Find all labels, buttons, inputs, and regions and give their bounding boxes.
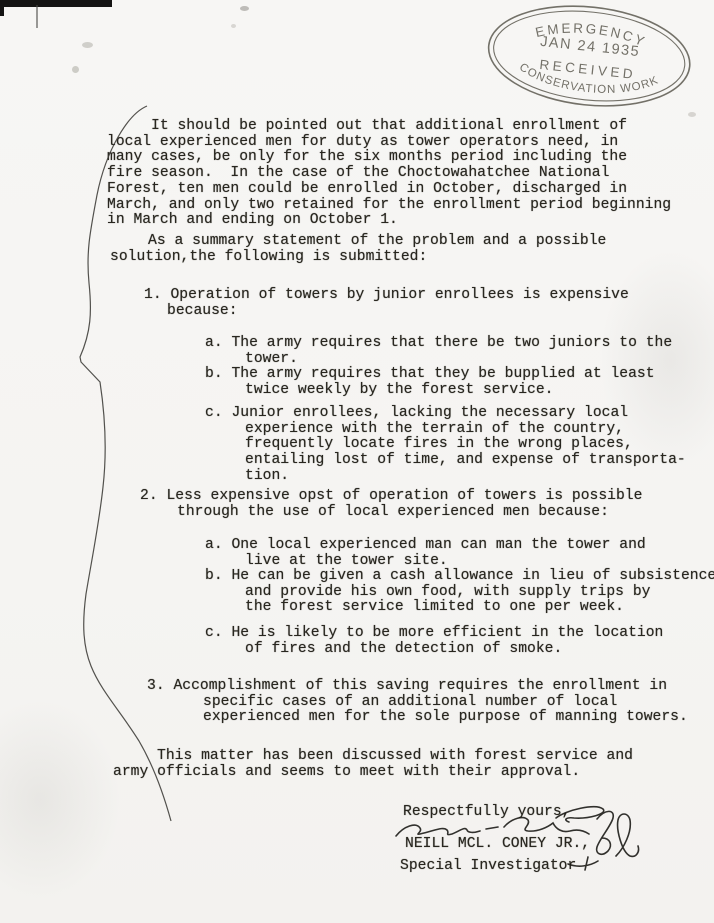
list-item-1b: b. The army requires that they be buppli… <box>205 367 655 398</box>
text-line: b. He can be given a cash allowance in l… <box>205 569 714 585</box>
text-line: entailing lost of time, and expense of t… <box>205 453 686 469</box>
scanned-document-page: { "stamp": { "top": "EMERGENCY", "date":… <box>0 0 714 923</box>
list-item-2c: c. He is likely to be more efficient in … <box>205 626 663 657</box>
paragraph-summary: As a summary statement of the problem an… <box>110 234 606 265</box>
text-line: c. Junior enrollees, lacking the necessa… <box>205 406 686 422</box>
text-line: solution,the following is submitted: <box>110 250 606 266</box>
received-stamp: EMERGENCY JAN 24 1935 RECEIVED CONSERVAT… <box>477 0 702 125</box>
list-item-1c: c. Junior enrollees, lacking the necessa… <box>205 406 686 485</box>
paragraph-intro: It should be pointed out that additional… <box>107 119 671 229</box>
list-item-2: 2. Less expensive opst of operation of t… <box>140 489 642 520</box>
list-item-2a: a. One local experienced man can man the… <box>205 538 646 569</box>
text-line: army officials and seems to meet with th… <box>113 765 633 781</box>
signature-title: Special Investigator <box>400 859 576 875</box>
text-line: through the use of local experienced men… <box>140 505 642 521</box>
scan-speck <box>231 24 236 28</box>
scan-edge-sliver <box>0 0 4 16</box>
text-line: This matter has been discussed with fore… <box>113 749 633 765</box>
text-line: As a summary statement of the problem an… <box>110 234 606 250</box>
signature-name: NEILL MCL. CONEY JR., <box>405 837 590 853</box>
text-line: March, and only two retained for the enr… <box>107 198 671 214</box>
paper-smudge <box>0 700 120 900</box>
text-line: 1. Operation of towers by junior enrolle… <box>144 288 629 304</box>
text-line: many cases, be only for the six months p… <box>107 150 671 166</box>
text-line: experienced men for the sole purpose of … <box>147 710 688 726</box>
text-line: It should be pointed out that additional… <box>107 119 671 135</box>
list-item-2b: b. He can be given a cash allowance in l… <box>205 569 714 616</box>
text-line: Forest, ten men could be enrolled in Oct… <box>107 182 671 198</box>
text-line: Respectfully yours, <box>403 805 570 821</box>
list-item-3: 3. Accomplishment of this saving require… <box>147 679 688 726</box>
text-line: b. The army requires that they be buppli… <box>205 367 655 383</box>
text-line: c. He is likely to be more efficient in … <box>205 626 663 642</box>
text-line: the forest service limited to one per we… <box>205 600 714 616</box>
scan-speck <box>240 6 249 11</box>
stamp-svg: EMERGENCY JAN 24 1935 RECEIVED CONSERVAT… <box>477 0 702 125</box>
text-line: in March and ending on October 1. <box>107 213 671 229</box>
text-line: because: <box>144 304 629 320</box>
text-line: NEILL MCL. CONEY JR., <box>405 837 590 853</box>
paragraph-closing: This matter has been discussed with fore… <box>113 749 633 780</box>
document-page: EMERGENCY JAN 24 1935 RECEIVED CONSERVAT… <box>0 0 714 923</box>
text-line: of fires and the detection of smoke. <box>205 642 663 658</box>
text-line: tion. <box>205 469 686 485</box>
text-line: 3. Accomplishment of this saving require… <box>147 679 688 695</box>
scan-speck <box>72 66 79 73</box>
scan-speck <box>82 42 93 48</box>
stamp-outer-ring <box>484 0 695 115</box>
text-line: 2. Less expensive opst of operation of t… <box>140 489 642 505</box>
text-line: frequently locate fires in the wrong pla… <box>205 437 686 453</box>
text-line: twice weekly by the forest service. <box>205 383 655 399</box>
scan-edge-tick <box>36 5 38 28</box>
text-line: Special Investigator <box>400 859 576 875</box>
text-line: fire season. In the case of the Choctowa… <box>107 166 671 182</box>
list-item-1: 1. Operation of towers by junior enrolle… <box>144 288 629 319</box>
text-line: a. One local experienced man can man the… <box>205 538 646 554</box>
list-item-1a: a. The army requires that there be two j… <box>205 336 672 367</box>
text-line: a. The army requires that there be two j… <box>205 336 672 352</box>
signature-closing: Respectfully yours, <box>403 805 570 821</box>
scan-edge-bar <box>0 0 112 7</box>
